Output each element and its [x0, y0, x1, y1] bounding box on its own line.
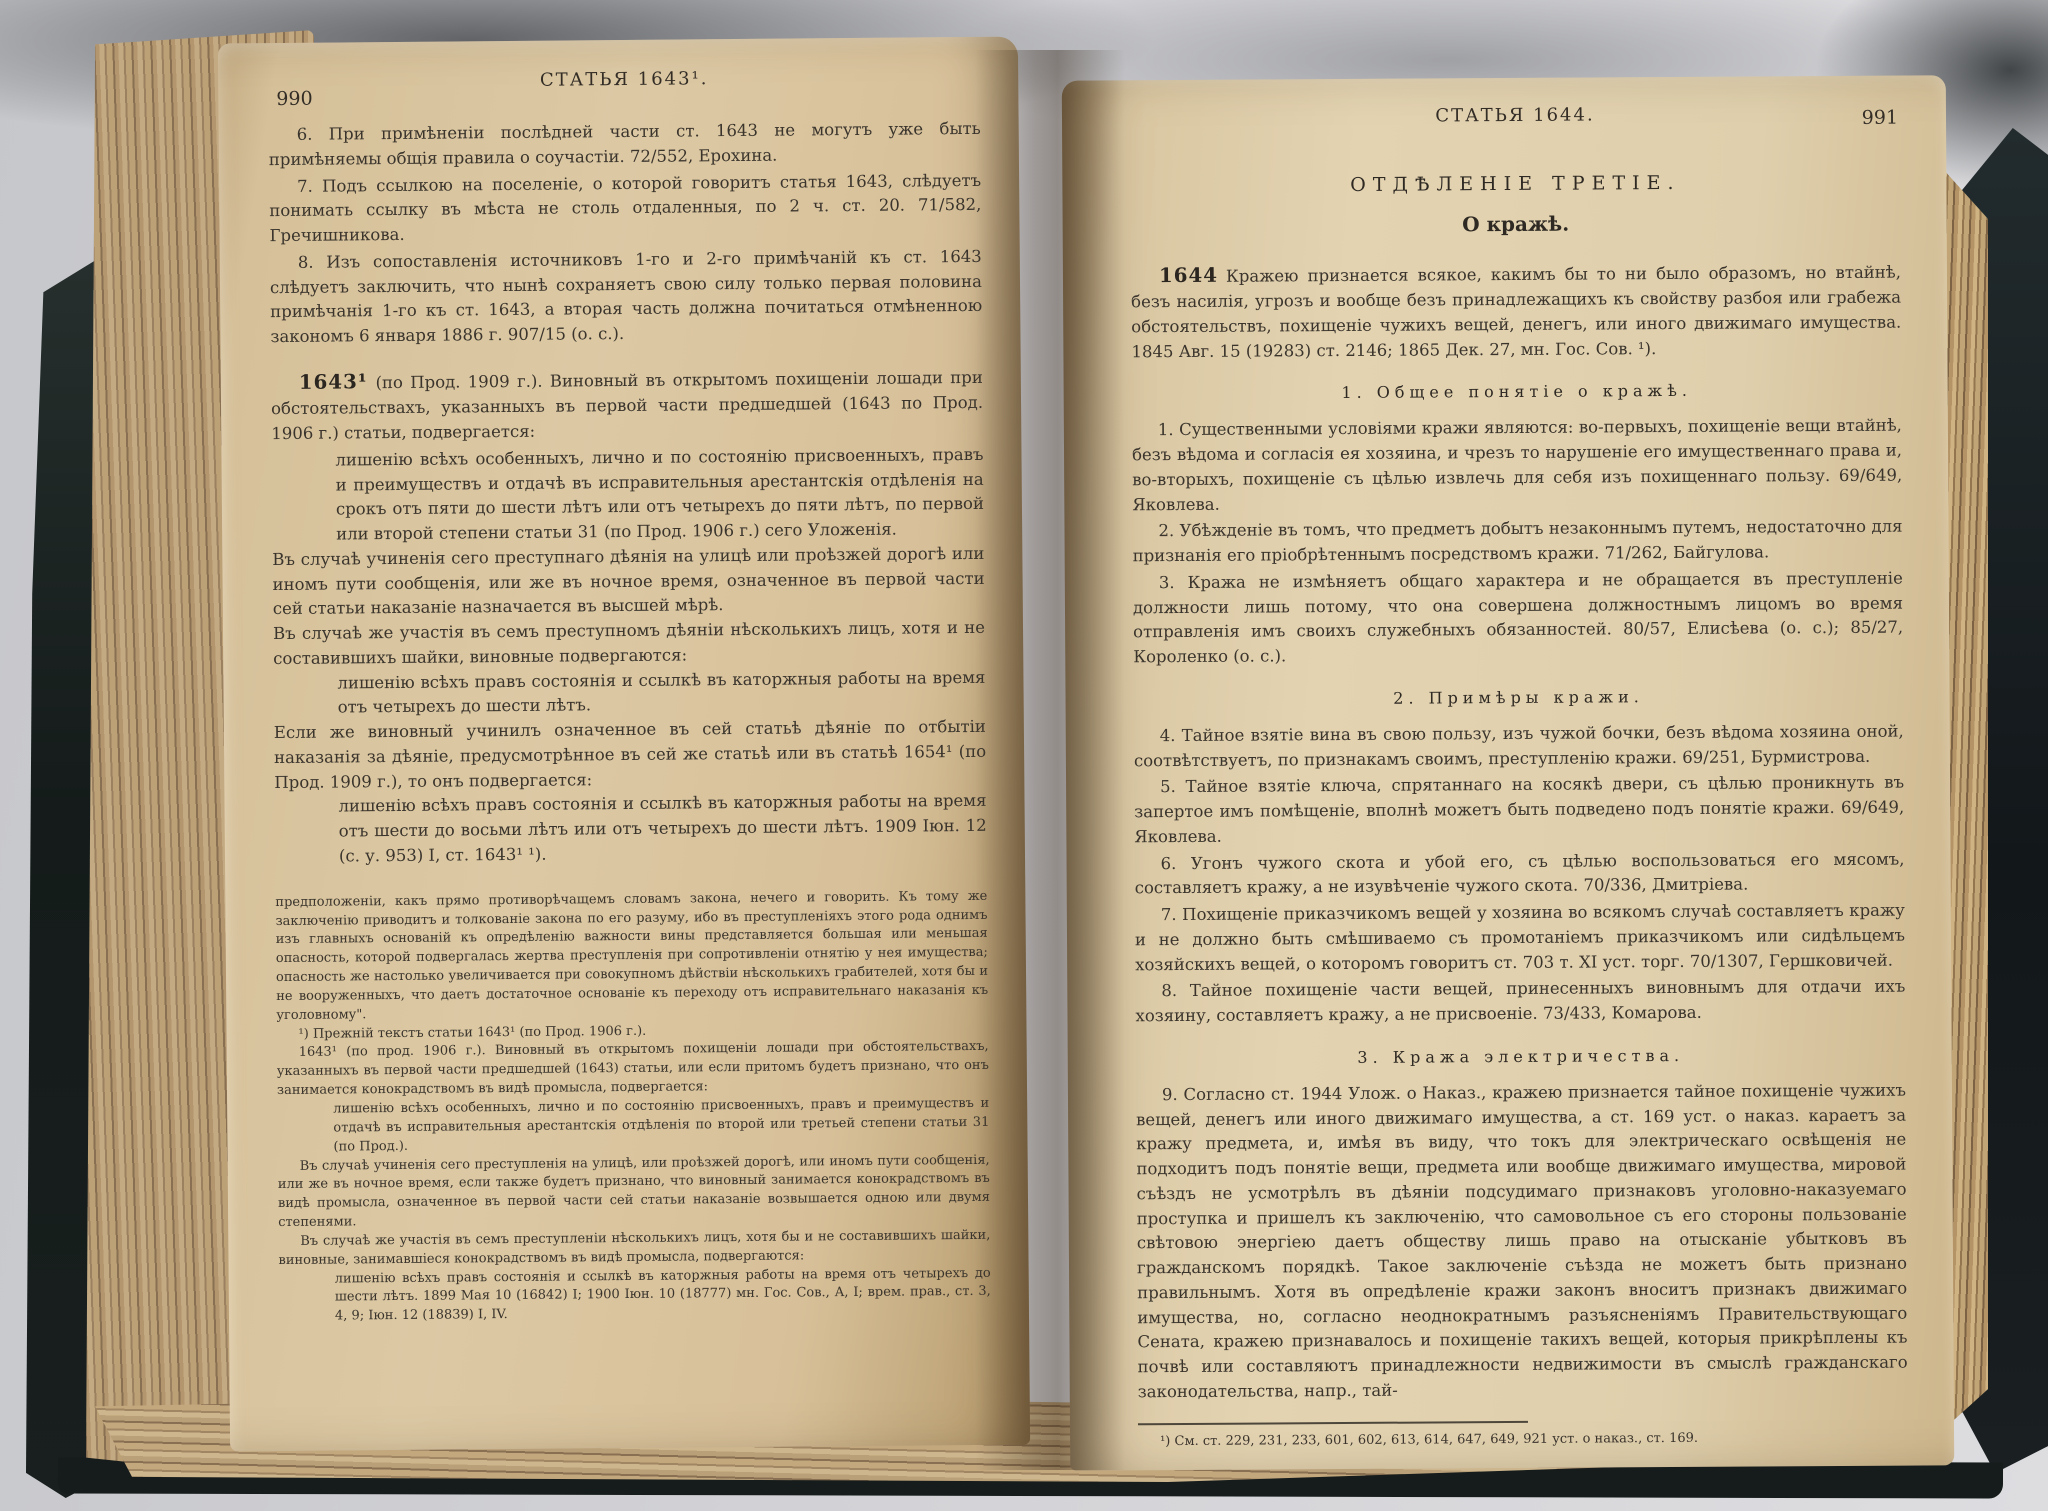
commentary-item-5: 5. Тайное взятіе ключа, спрятаннаго на к… — [1134, 771, 1904, 850]
footnote-line: Въ случаѣ учиненія сего преступленія на … — [278, 1151, 991, 1233]
commentary-item-2: 2. Убѣжденіе въ томъ, что предметъ добыт… — [1132, 515, 1902, 569]
footnote-line: лишенію всѣхъ правъ состоянія и ссылкѣ в… — [335, 1264, 991, 1326]
article-clause: лишенію всѣхъ особенныхъ, лично и по сос… — [335, 443, 984, 548]
footnote-line: предположеніи, какъ прямо противорѣчащем… — [275, 888, 988, 1026]
right-page-footnote: ¹) См. ст. 229, 231, 233, 601, 602, 613,… — [1138, 1428, 1908, 1451]
annotation-paragraph-6: 6. При примѣненіи послѣдней части ст. 16… — [269, 117, 981, 173]
article-1644-number: 1644 — [1159, 262, 1218, 286]
article-clause: лишенію всѣхъ правъ состоянія и ссылкѣ в… — [338, 789, 987, 869]
right-page-header: СТАТЬЯ 1644. 991 — [1130, 100, 1900, 151]
footnote-line: Въ случаѣ же участія въ семъ преступлені… — [278, 1227, 990, 1271]
right-page-text-column: СТАТЬЯ 1644. 991 ОТДѢЛЕНІЕ ТРЕТІЕ. О кра… — [1062, 75, 1954, 1451]
footnote-line: лишенію всѣхъ особенныхъ, лично и по сос… — [333, 1095, 989, 1157]
subsection-heading-2: 2. Примѣры кражи. — [1133, 684, 1903, 713]
annotation-paragraph-8: 8. Изъ сопоставленія источниковъ 1-го и … — [270, 245, 983, 350]
subsection-heading-1: 1. Общее понятіе о кражѣ. — [1132, 378, 1902, 407]
article-1643-1-intro: 1643¹(по Прод. 1909 г.). Виновный въ отк… — [271, 362, 984, 447]
commentary-item-8: 8. Тайное похищеніе части вещей, принесе… — [1135, 975, 1905, 1029]
left-page-text-column: 990 СТАТЬЯ 1643¹. 6. При примѣненіи посл… — [218, 37, 1029, 1328]
article-clause: Въ случаѣ учиненія сего преступнаго дѣян… — [272, 542, 985, 622]
annotation-paragraph-7: 7. Подъ ссылкою на поселеніе, о которой … — [269, 168, 982, 248]
article-clause: Въ случаѣ же участія въ семъ преступномъ… — [273, 616, 985, 672]
article-1644-text: Кражею признается всякое, какимъ бы то н… — [1131, 262, 1901, 361]
commentary-item-1: 1. Существенными условіями кражи являютс… — [1132, 414, 1903, 518]
right-running-head: СТАТЬЯ 1644. — [1130, 100, 1900, 132]
photo-background: 990 СТАТЬЯ 1643¹. 6. При примѣненіи посл… — [0, 0, 2048, 1511]
right-page: СТАТЬЯ 1644. 991 ОТДѢЛЕНІЕ ТРЕТІЕ. О кра… — [1062, 75, 1954, 1470]
commentary-item-9: 9. Согласно ст. 1944 Улож. о Наказ., кра… — [1136, 1079, 1908, 1405]
left-page-header: 990 СТАТЬЯ 1643¹. — [268, 63, 980, 115]
section-title: ОТДѢЛЕНІЕ ТРЕТІЕ. — [1130, 168, 1900, 201]
left-page-footnotes: предположеніи, какъ прямо противорѣчащем… — [275, 888, 991, 1328]
left-running-head: СТАТЬЯ 1643¹. — [268, 63, 980, 96]
commentary-item-4: 4. Тайное взятіе вина въ свою пользу, из… — [1134, 720, 1904, 774]
commentary-item-3: 3. Кража не измѣняетъ общаго характера и… — [1133, 567, 1904, 671]
article-1644: 1644Кражею признается всякое, какимъ бы … — [1131, 256, 1902, 365]
left-page: 990 СТАТЬЯ 1643¹. 6. При примѣненіи посл… — [218, 37, 1030, 1452]
article-clause: Если же виновный учинилъ означенное въ с… — [274, 715, 987, 795]
subsection-heading-3: 3. Кража электричества. — [1136, 1043, 1906, 1072]
footnote-rule — [1138, 1421, 1528, 1425]
article-clause: лишенію всѣхъ правъ состоянія и ссылкѣ в… — [337, 666, 985, 721]
section-subtitle: О кражѣ. — [1131, 206, 1901, 241]
right-page-number: 991 — [1862, 104, 1898, 133]
commentary-item-7: 7. Похищеніе приказчикомъ вещей у хозяин… — [1135, 899, 1905, 978]
article-1643-1-intro-text: (по Прод. 1909 г.). Виновный въ открытом… — [271, 368, 983, 444]
footnote-line: 1643¹ (по прод. 1906 г.). Виновный въ от… — [277, 1038, 989, 1101]
article-1643-1-number: 1643¹ — [299, 369, 368, 394]
commentary-item-6: 6. Угонъ чужого скота и убой его, съ цѣл… — [1134, 847, 1904, 901]
